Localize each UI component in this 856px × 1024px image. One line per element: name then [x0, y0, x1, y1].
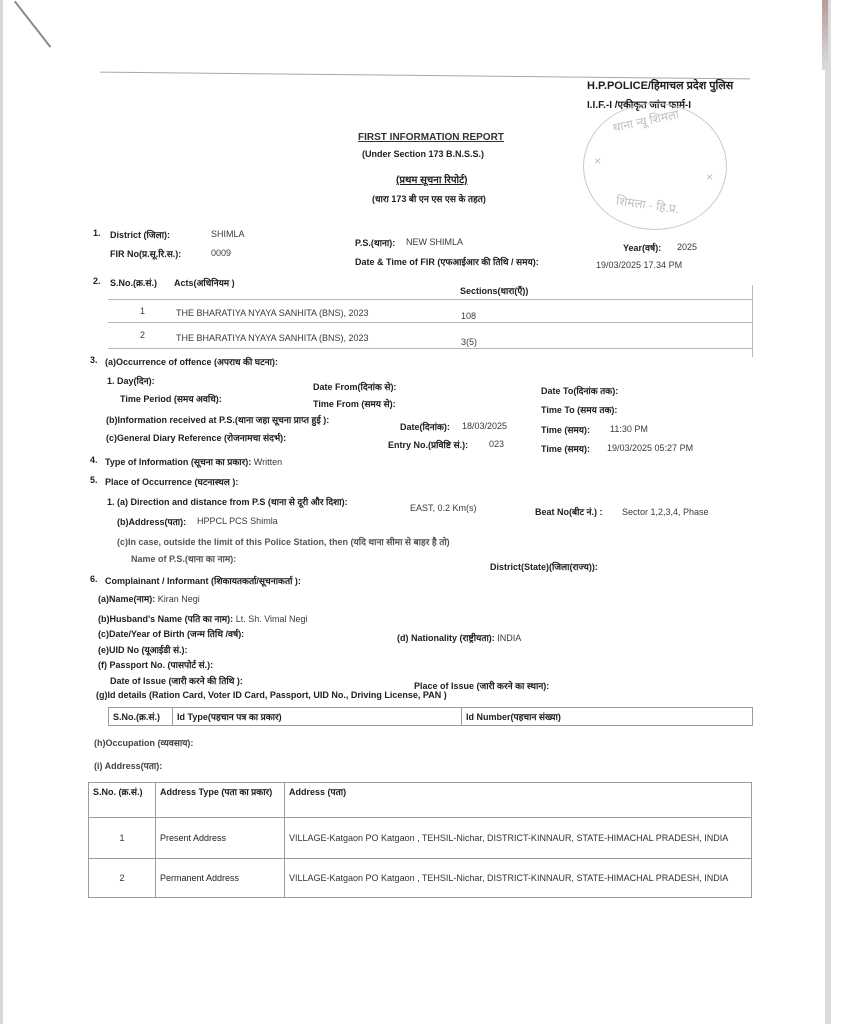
husband-name-row: (b)Husband's Name (पति का नाम): Lt. Sh. … [98, 612, 308, 625]
day-label: 1. Day(दिन): [107, 374, 155, 387]
scan-right-edge [825, 0, 831, 1024]
sections-header: Sections(धारा(एँ)) [460, 284, 528, 297]
org-name: H.P.POLICE/हिमाचल प्रदेश पुलिस [587, 78, 733, 93]
section-4-number: 4. [90, 455, 98, 465]
id-type-header: Id Type(पहचान पत्र का प्रकार) [173, 708, 462, 726]
time-period-label: Time Period (समय अवधि): [120, 392, 222, 405]
police-station-label: P.S.(थाना): [355, 236, 395, 249]
complainant-name-row: (a)Name(नाम): Kiran Negi [98, 592, 200, 605]
id-details-table: S.No.(क्र.सं.) Id Type(पहचान पत्र का प्र… [108, 707, 753, 726]
nationality-label: (d) Nationality (राष्ट्रीयता): [397, 633, 495, 643]
police-stamp: थाना न्यू शिमला × × शिमला - हि.प्र. [583, 103, 727, 230]
section-2-number: 2. [93, 276, 101, 286]
section-1-number: 1. [93, 228, 101, 238]
nationality-row: (d) Nationality (राष्ट्रीयता): INDIA [397, 631, 521, 644]
nationality-value: INDIA [497, 633, 521, 643]
acts-sno-header: S.No.(क्र.सं.) [110, 276, 157, 289]
info-date-value: 18/03/2025 [462, 421, 507, 431]
stamp-text-top: थाना न्यू शिमला [611, 105, 680, 136]
address-type-header: Address Type (पता का प्रकार) [156, 783, 285, 818]
direction-distance-label: 1. (a) Direction and distance from P.S (… [107, 495, 348, 508]
address-label: (b)Address(पता): [117, 515, 186, 528]
section-6-number: 6. [90, 574, 98, 584]
address-value: VILLAGE-Katgaon PO Katgaon , TEHSIL-Nich… [285, 818, 752, 859]
address-type: Present Address [156, 818, 285, 859]
acts-header: Acts(अधिनियम ) [174, 276, 235, 289]
act-sno: 1 [140, 306, 145, 316]
acts-table-right-border [752, 285, 753, 357]
act-section: 108 [461, 311, 476, 321]
police-station-value: NEW SHIMLA [406, 237, 463, 247]
info-date-label: Date(दिनांक): [400, 420, 450, 433]
complainant-name-value: Kiran Negi [158, 594, 200, 604]
scan-left-edge [0, 0, 3, 1024]
report-title: FIRST INFORMATION REPORT [358, 132, 504, 143]
date-of-issue-label: Date of Issue (जारी करने की तिथि ): [110, 674, 243, 687]
address-sno: 2 [89, 859, 156, 898]
id-details-label: (g)Id details (Ration Card, Voter ID Car… [96, 690, 447, 700]
info-type-row: Type of Information (सूचना का प्रकार): W… [105, 455, 282, 468]
district-label: District (जिला): [110, 228, 170, 241]
beat-number-value: Sector 1,2,3,4, Phase [622, 507, 709, 517]
act-sno: 2 [140, 330, 145, 340]
section-5-number: 5. [90, 475, 98, 485]
entry-number-value: 023 [489, 439, 504, 449]
info-received-label: (b)Information received at P.S.(थाना जहा… [106, 413, 329, 426]
acts-table-rule [108, 299, 753, 300]
info-type-label-hindi: (सूचना का प्रकार): [191, 457, 251, 467]
act-name: THE BHARATIYA NYAYA SANHITA (BNS), 2023 [176, 333, 369, 343]
address-header: Address (पता) [285, 783, 752, 818]
dob-label: (c)Date/Year of Birth (जन्म तिथि /वर्ष): [98, 627, 244, 640]
occupation-label: (h)Occupation (व्यवसाय): [94, 736, 193, 749]
outside-limit-label: (c)In case, outside the limit of this Po… [117, 535, 450, 548]
address-sno: 1 [89, 818, 156, 859]
id-number-header: Id Number(पहचान संख्या) [462, 708, 753, 726]
acts-table-rule [108, 348, 753, 349]
address-section-label: (i) Address(पता): [94, 759, 162, 772]
address-sno-header: S.No. (क्र.सं.) [89, 783, 156, 818]
corner-pen-stroke [14, 1, 51, 48]
address-value: VILLAGE-Katgaon PO Katgaon , TEHSIL-Nich… [285, 859, 752, 898]
fir-datetime-value: 19/03/2025 17.34 PM [596, 260, 682, 270]
complainant-label: Complainant / Informant (शिकायतकर्ता/सूच… [105, 574, 301, 587]
section-3-number: 3. [90, 355, 98, 365]
id-details-header-row: S.No.(क्र.सं.) Id Type(पहचान पत्र का प्र… [109, 708, 753, 726]
address-header-row: S.No. (क्र.सं.) Address Type (पता का प्र… [89, 783, 752, 818]
address-table: S.No. (क्र.सं.) Address Type (पता का प्र… [88, 782, 752, 898]
info-type-label: Type of Information [105, 457, 188, 467]
address-type: Permanent Address [156, 859, 285, 898]
husband-name-value: Lt. Sh. Vimal Negi [236, 614, 308, 624]
fir-number-label: FIR No(प्र.सू.रि.स.): [110, 247, 181, 260]
year-label: Year(वर्ष): [623, 241, 661, 254]
id-sno-header: S.No.(क्र.सं.) [109, 708, 173, 726]
place-of-occurrence-label: Place of Occurrence (घटनास्थल ): [105, 475, 238, 488]
address-row: 2 Permanent Address VILLAGE-Katgaon PO K… [89, 859, 752, 898]
stamp-cross-right: × [706, 170, 713, 184]
uid-label: (e)UID No (यूआईडी सं.): [98, 643, 188, 656]
stamp-cross-left: × [594, 154, 601, 168]
year-value: 2025 [677, 242, 697, 252]
info-time-label: Time (समय): [541, 423, 590, 436]
date-from-label: Date From(दिनांक से): [313, 380, 396, 393]
general-diary-label: (c)General Diary Reference (रोजनामचा संद… [106, 431, 286, 444]
beat-number-label: Beat No(बीट नं.) : [535, 505, 603, 518]
time-to-label: Time To (समय तक): [541, 403, 617, 416]
entry-number-label: Entry No.(प्रविष्टि सं.): [388, 438, 468, 451]
complainant-name-label: (a)Name(नाम): [98, 594, 155, 604]
address-value: HPPCL PCS Shimla [197, 516, 278, 526]
report-title-hindi: (प्रथम सूचना रिपोर्ट) [396, 172, 468, 186]
address-row: 1 Present Address VILLAGE-Katgaon PO Kat… [89, 818, 752, 859]
occurrence-label: (a)Occurrence of offence (अपराध की घटना)… [105, 355, 278, 368]
ps-name-label: Name of P.S.(थाना का नाम): [131, 552, 236, 565]
passport-label: (f) Passport No. (पासपोर्ट सं.): [98, 658, 213, 671]
date-to-label: Date To(दिनांक तक): [541, 384, 618, 397]
report-subtitle-hindi: (धारा 173 बी एन एस एस के तहत) [372, 192, 486, 205]
fir-number-value: 0009 [211, 248, 231, 258]
act-section: 3(5) [461, 337, 477, 347]
scan-right-edge-tint [822, 0, 828, 70]
stamp-text-bottom: शिमला - हि.प्र. [615, 192, 680, 218]
info-type-value: Written [254, 457, 282, 467]
district-state-label: District(State)(जिला(राज्य)): [490, 560, 598, 573]
acts-table-rule [108, 322, 753, 323]
district-value: SHIMLA [211, 229, 245, 239]
husband-name-label: (b)Husband's Name (पति का नाम): [98, 614, 233, 624]
act-name: THE BHARATIYA NYAYA SANHITA (BNS), 2023 [176, 308, 369, 318]
diary-time-value: 19/03/2025 05:27 PM [607, 443, 693, 453]
fir-datetime-label: Date & Time of FIR (एफआईआर की तिथि / समय… [355, 255, 539, 268]
direction-distance-value: EAST, 0.2 Km(s) [410, 503, 477, 513]
info-time-value: 11:30 PM [610, 424, 648, 434]
time-from-label: Time From (समय से): [313, 397, 396, 410]
report-subtitle: (Under Section 173 B.N.S.S.) [362, 149, 484, 159]
diary-time-label: Time (समय): [541, 442, 590, 455]
